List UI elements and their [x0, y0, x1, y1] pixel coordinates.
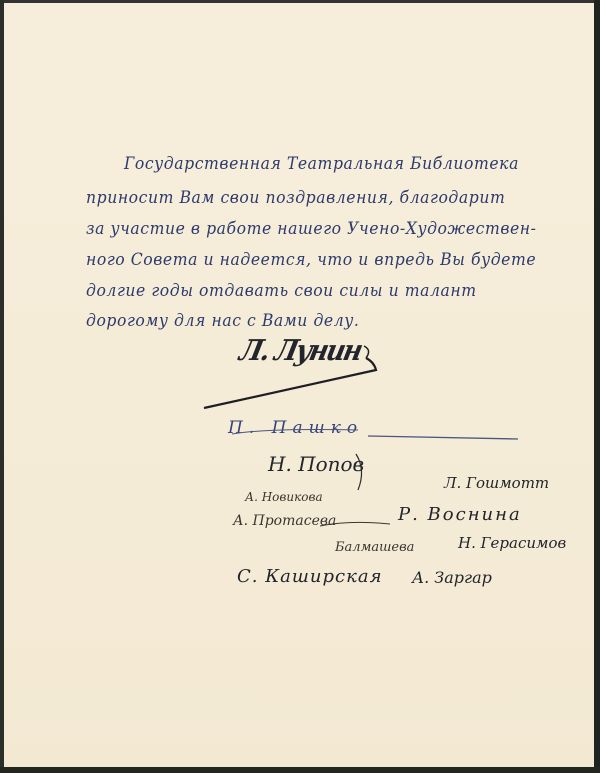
scan-border-left [0, 0, 4, 773]
signature-flourish [196, 340, 396, 420]
letter-line-4: ного Совета и надеется, что и впредь Вы … [86, 250, 536, 270]
protaseva-tail [320, 518, 400, 532]
scan-border-bottom [0, 767, 600, 773]
signature-kashirskaya: С. Каширская [237, 566, 383, 587]
signature-vosnina: Р. Воснина [398, 504, 522, 525]
letter-line-2: приносит Вам свои поздравления, благодар… [86, 188, 505, 208]
signature-gerasimov: Н. Герасимов [458, 534, 566, 552]
signature-novikova: А. Новикова [245, 490, 323, 504]
scan-border-top [0, 0, 600, 3]
letter-line-5: долгие годы отдавать свои силы и талант [86, 281, 477, 301]
pashko-underline [228, 420, 528, 450]
signature-goshmott: Л. Гошмотт [444, 474, 549, 492]
popov-flourish [350, 450, 380, 500]
letter-line-6: дорогому для нас с Вами делу. [86, 311, 359, 331]
letter-line-3: за участие в работе нашего Учено-Художес… [86, 219, 536, 239]
letter-line-1: Государственная Театральная Библиотека [124, 154, 519, 174]
scan-border-right [594, 0, 600, 773]
signature-zargar: А. Заргар [412, 568, 492, 587]
signature-balmasheva: Балмашева [335, 540, 414, 555]
